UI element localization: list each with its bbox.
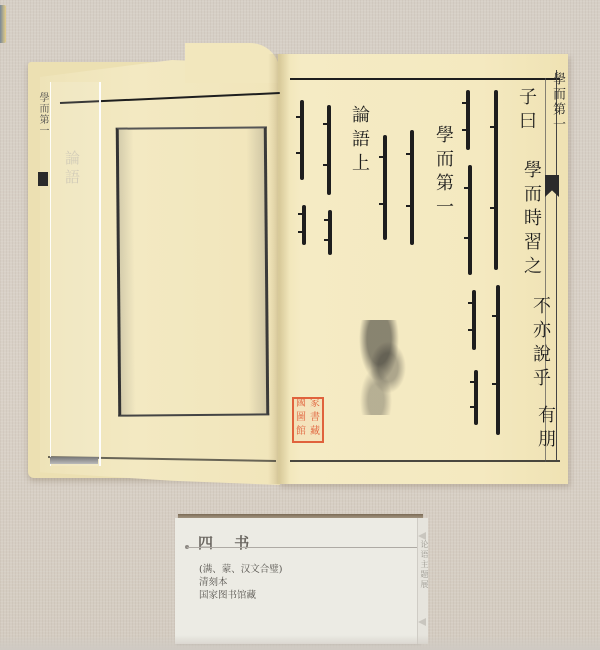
frontispiece-ink-frame: [116, 126, 270, 416]
manchu-script-column: [466, 90, 470, 150]
text-line-3: 有朋: [532, 405, 558, 453]
label-languages: (满、蒙、汉文合璧): [199, 563, 282, 576]
text-line-1: 學而時習之: [518, 160, 544, 280]
spine-label: 學而第一: [36, 92, 50, 136]
mongolian-script-column: [327, 105, 331, 195]
manchu-script-column: [468, 165, 472, 275]
left-page-curl: [185, 43, 280, 83]
adjacent-label-card: 论语主题展: [417, 518, 428, 644]
manchu-script-column: [302, 205, 306, 245]
adjacent-card-text: 论语主题展: [419, 540, 428, 590]
ink-offset-smudge: [355, 320, 415, 415]
label-title: 四 书: [198, 532, 257, 553]
exhibit-label-card: 四 书 (满、蒙、汉文合璧) 清刻本 国家图书馆藏: [175, 518, 420, 644]
manchu-script-column: [474, 370, 478, 425]
seal-glyph: 家: [308, 399, 322, 413]
label-collection: 国家图书馆藏: [199, 589, 282, 602]
book: 學而第一 論語 學而第一 論語上 學而第一 子曰 學而時習之 不亦說乎 有朋 國…: [0, 0, 600, 500]
spine-fishtail-mark: [38, 172, 48, 186]
seal-glyph: 藏: [308, 427, 322, 441]
acrylic-holder-base: [50, 457, 98, 464]
display-base-band: [0, 635, 600, 650]
seal-glyph: 館: [294, 427, 308, 441]
library-collection-seal: 國 家 圖 書 館 藏: [292, 397, 324, 443]
mongolian-script-column: [494, 90, 498, 270]
arrow-left-icon: [418, 532, 426, 540]
seal-glyph: 書: [308, 413, 322, 427]
seal-glyph: 國: [294, 399, 308, 413]
arrow-left-icon: [418, 618, 426, 626]
text-line-2: 不亦說乎: [527, 296, 553, 392]
manchu-script-column: [383, 135, 387, 240]
label-divider: [187, 547, 417, 548]
acrylic-page-holder: [50, 82, 101, 466]
manchu-script-column: [472, 290, 476, 350]
label-body: (满、蒙、汉文合璧) 清刻本 国家图书馆藏: [199, 563, 282, 602]
right-page-top-rule: [290, 78, 560, 80]
mongolian-script-column: [328, 210, 332, 255]
chapter-title-column: 學而第一: [430, 125, 456, 221]
opening-text: 子曰: [513, 87, 539, 135]
label-edition: 清刻本: [199, 576, 282, 589]
manchu-script-column: [300, 100, 304, 180]
seal-glyph: 圖: [294, 413, 308, 427]
show-through-text: 論語: [62, 150, 83, 188]
mongolian-script-column: [410, 130, 414, 245]
book-gutter: [268, 54, 290, 484]
page-header-tab: 學而第一: [548, 72, 567, 132]
book-title-column: 論語上: [346, 105, 372, 177]
right-page-bottom-rule: [290, 460, 560, 462]
mongolian-script-column: [496, 285, 500, 435]
